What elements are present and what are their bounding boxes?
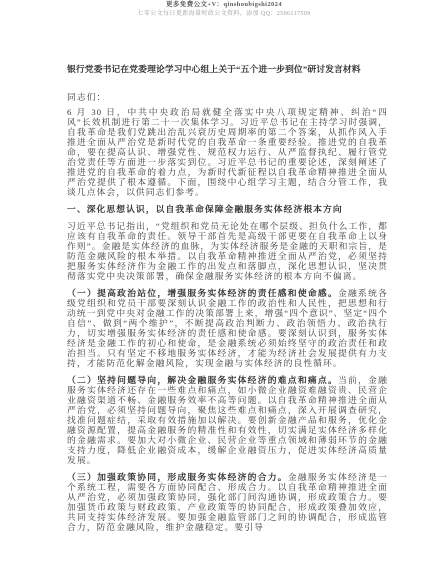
promo-header: 更多免费公文+V：qinshoubigshi2024 七零公文每日更新海量时政公… xyxy=(0,0,448,18)
salutation: 同志们： xyxy=(67,92,388,102)
promo-contact-line: 更多免费公文+V：qinshoubigshi2024 xyxy=(0,1,448,8)
document-page: 更多免费公文+V：qinshoubigshi2024 七零公文每日更新海量时政公… xyxy=(0,0,448,580)
section-1-item-3: （三）加强政策协同，形成服务实体经济的合力。金融服务实体经济是一个系统工程，需要… xyxy=(67,472,388,532)
item-1-text: 金融系统各级党组织和党员干部要深刻认识金融工作的政治性和人民性，把思想和行动统一… xyxy=(67,288,388,368)
page-title: 银行党委书记在党委理论学习中心组上关于“五个进一步到位”研讨发言材料 xyxy=(67,64,388,75)
promo-qq-line: 七零公文每日更新海量时政公文资料，添加 QQ：2506117509 xyxy=(0,11,448,18)
intro-paragraph: 6 月 30 日，中共中央政治局就健全落实中央八项规定精神、纠治“四风”长效机制… xyxy=(67,107,388,197)
item-2-text: 当前，金融服务实体经济还存在一些难点和痛点，如小微企业融资难融资贵、民营企业融资… xyxy=(67,375,388,465)
document-body: 银行党委书记在党委理论学习中心组上关于“五个进一步到位”研讨发言材料 同志们： … xyxy=(67,64,388,539)
section-1-lead-paragraph: 习近平总书记指出，“党组织和党员无论处在哪个层级、担负什么工作，都应该有自我革命… xyxy=(67,221,388,281)
section-1-heading: 一、深化思想认识，以自我革命保障金融服务实体经济根本方向 xyxy=(67,204,388,214)
item-1-lead: （一）提高政治站位，增强服务实体经济的责任感和使命感。 xyxy=(67,288,338,298)
item-3-lead: （三）加强政策协同，形成服务实体经济的合力。 xyxy=(67,472,288,482)
section-1-item-2: （二）坚持问题导向，解决金融服务实体经济的难点和痛点。当前，金融服务实体经济还存… xyxy=(67,375,388,465)
item-2-lead: （二）坚持问题导向，解决金融服务实体经济的难点和痛点。 xyxy=(67,375,338,385)
section-1-item-1: （一）提高政治站位，增强服务实体经济的责任感和使命感。金融系统各级党组织和党员干… xyxy=(67,288,388,368)
